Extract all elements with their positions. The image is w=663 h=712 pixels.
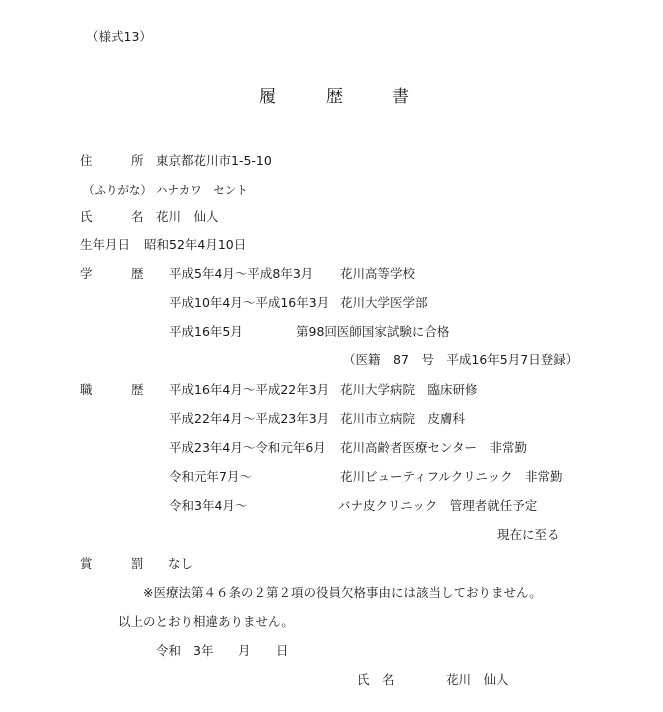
name-label-a: 氏 [80,209,93,225]
signature-value: 花川 仙人 [446,672,509,688]
career-detail-2: 花川市立病院 皮膚科 [340,411,465,427]
furigana-value: ハナカワ セント [156,182,248,198]
registration-note: （医籍 87 号 平成16年5月7日登録） [343,352,578,368]
education-label-a: 学 [80,266,93,282]
education-detail-2: 花川大学医学部 [340,295,428,311]
education-period-2: 平成10年4月～平成16年3月 [169,295,329,311]
title-char-1: 履 [259,87,276,107]
education-period-3: 平成16年5月 [169,324,243,340]
declaration: 以上のとおり相違ありません。 [118,614,294,630]
career-detail-3: 花川高齢者医療センター 非常勤 [340,440,527,456]
date-era: 令和 [156,643,181,659]
career-period-1: 平成16年4月～平成22年3月 [169,382,329,398]
rewards-label-b: 罰 [131,556,144,572]
signature-label: 氏 名 [357,672,395,688]
furigana-label: （ふりがな） [83,182,152,198]
career-period-2: 平成22年4月～平成23年3月 [169,411,329,427]
rewards-value: なし [168,556,193,572]
name-value: 花川 仙人 [156,209,219,225]
career-current: 現在に至る [497,527,560,543]
education-period-1: 平成5年4月～平成8年3月 [169,266,313,282]
career-detail-4: 花川ビューティフルクリニック 非常勤 [340,469,563,485]
career-label-b: 歴 [131,382,144,398]
career-period-5: 令和3年4月～ [169,498,247,514]
rewards-label-a: 賞 [80,556,93,572]
career-label-a: 職 [80,382,93,398]
date-month: 月 [238,643,251,659]
title-char-3: 書 [392,87,409,107]
address-label-a: 住 [80,153,93,169]
address-label-b: 所 [131,153,144,169]
disqualification-note: ※医療法第４６条の２第２項の役員欠格事由には該当しておりません。 [143,585,542,601]
name-label-b: 名 [131,209,144,225]
date-year: 3年 [193,643,213,659]
career-detail-5: バナ皮クリニック 管理者就任予定 [338,498,537,514]
education-detail-3: 第98回医師国家試験に合格 [296,324,449,340]
title-char-2: 歴 [326,87,343,107]
form-number: （様式13） [86,29,152,45]
education-detail-1: 花川高等学校 [340,266,415,282]
education-label-b: 歴 [131,266,144,282]
address-value: 東京都花川市1-5-10 [156,153,272,169]
career-detail-1: 花川大学病院 臨床研修 [340,382,478,398]
birthdate-value: 昭和52年4月10日 [144,237,246,253]
career-period-4: 令和元年7月～ [169,469,252,485]
birthdate-label: 生年月日 [80,237,130,253]
career-period-3: 平成23年4月～令和元年6月 [169,440,326,456]
date-day: 日 [276,643,289,659]
